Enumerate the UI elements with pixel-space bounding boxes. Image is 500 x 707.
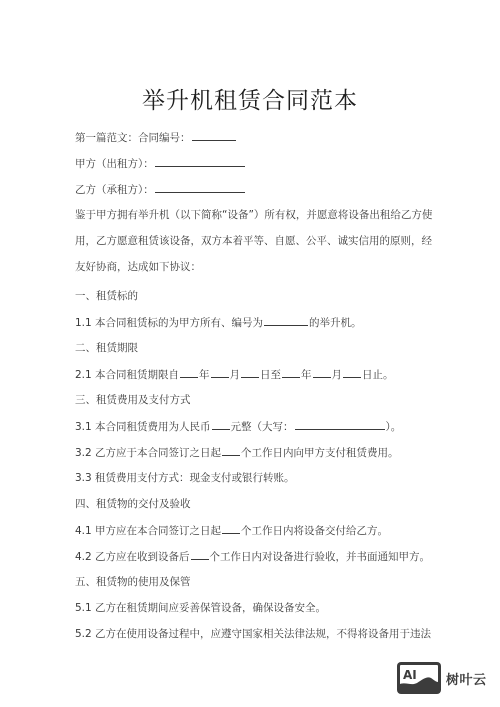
clause-text: 月 [230, 369, 241, 381]
amount-blank [212, 419, 230, 430]
days-blank [191, 549, 209, 560]
section-3-heading: 三、租赁费用及支付方式 [75, 393, 191, 407]
clause-text: 的举升机。 [309, 317, 362, 329]
section-1-heading: 一、租赁标的 [75, 289, 138, 303]
clause-text: 2.1 本合同租赁期限自 [75, 369, 179, 381]
days-blank [222, 445, 240, 456]
party-a-label: 甲方（出租方）： [75, 158, 154, 170]
clause-text: ）。 [386, 421, 402, 433]
clause-1-1: 1.1 本合同租赁标的为甲方所有、编号为的举升机。 [75, 315, 362, 330]
section-5-heading: 五、租赁物的使用及保管 [75, 575, 191, 589]
clause-5-2: 5.2 乙方在使用设备过程中，应遵守国家相关法律法规，不得将设备用于违法 [75, 627, 431, 641]
clause-text: 元整（大写： [231, 421, 294, 433]
section-2-heading: 二、租赁期限 [75, 341, 138, 355]
clause-text: 年 [301, 369, 312, 381]
clause-text: 4.1 甲方应在本合同签订之日起 [75, 525, 221, 537]
ai-landscape-logo-icon: AI [397, 662, 441, 694]
clause-3-3: 3.3 租赁费用支付方式：现金支付或银行转账。 [75, 471, 295, 485]
clause-text: 3.2 乙方应于本合同签订之日起 [75, 447, 221, 459]
contract-number-line: 第一篇范文：合同编号： [75, 130, 237, 145]
clause-text: 日至 [260, 369, 281, 381]
clause-text: 个工作日内将设备交付给乙方。 [241, 525, 388, 537]
date-blank [241, 367, 259, 378]
clause-text: 4.2 乙方应在收到设备后 [75, 551, 190, 563]
date-blank [282, 367, 300, 378]
amount-in-words-blank [295, 419, 385, 430]
watermark: AI 树叶云 [397, 662, 487, 694]
contract-number-blank [192, 130, 236, 141]
clause-3-2: 3.2 乙方应于本合同签订之日起个工作日内向甲方支付租赁费用。 [75, 445, 399, 460]
date-blank [211, 367, 229, 378]
watermark-brand: 树叶云 [446, 669, 487, 688]
party-a-line: 甲方（出租方）： [75, 156, 246, 171]
days-blank [222, 523, 240, 534]
clause-text: 日止。 [362, 369, 394, 381]
party-b-blank [155, 182, 245, 193]
document-title: 举升机租赁合同范本 [0, 82, 500, 115]
preamble-line-2: 用，乙方愿意租赁该设备，双方本着平等、自愿、公平、诚实信用的原则，经 [75, 234, 432, 248]
clause-text: 个工作日内对设备进行验收，并书面通知甲方。 [210, 551, 431, 563]
date-blank [313, 367, 331, 378]
clause-text: 年 [199, 369, 210, 381]
document-page: 举升机租赁合同范本 第一篇范文：合同编号： 甲方（出租方）： 乙方（承租方）： … [0, 0, 500, 707]
clause-5-1: 5.1 乙方在租赁期间应妥善保管设备，确保设备安全。 [75, 601, 326, 615]
party-b-line: 乙方（承租方）： [75, 182, 246, 197]
contract-number-label: 第一篇范文：合同编号： [75, 132, 191, 144]
preamble-line-1: 鉴于甲方拥有举升机（以下简称“设备”）所有权，并愿意将设备出租给乙方使 [75, 208, 432, 222]
clause-3-1: 3.1 本合同租赁费用为人民币元整（大写：）。 [75, 419, 401, 434]
svg-text:AI: AI [403, 668, 417, 682]
clause-4-2: 4.2 乙方应在收到设备后个工作日内对设备进行验收，并书面通知甲方。 [75, 549, 430, 564]
party-b-label: 乙方（承租方）： [75, 184, 154, 196]
section-4-heading: 四、租赁物的交付及验收 [75, 497, 191, 511]
date-blank [343, 367, 361, 378]
clause-text: 个工作日内向甲方支付租赁费用。 [241, 447, 399, 459]
clause-4-1: 4.1 甲方应在本合同签订之日起个工作日内将设备交付给乙方。 [75, 523, 388, 538]
clause-2-1: 2.1 本合同租赁期限自年月日至年月日止。 [75, 367, 394, 382]
clause-text: 1.1 本合同租赁标的为甲方所有、编号为 [75, 317, 263, 329]
clause-text: 3.1 本合同租赁费用为人民币 [75, 421, 211, 433]
serial-number-blank [264, 315, 308, 326]
party-a-blank [155, 156, 245, 167]
date-blank [180, 367, 198, 378]
preamble-line-3: 友好协商，达成如下协议： [75, 260, 201, 274]
clause-text: 月 [332, 369, 343, 381]
